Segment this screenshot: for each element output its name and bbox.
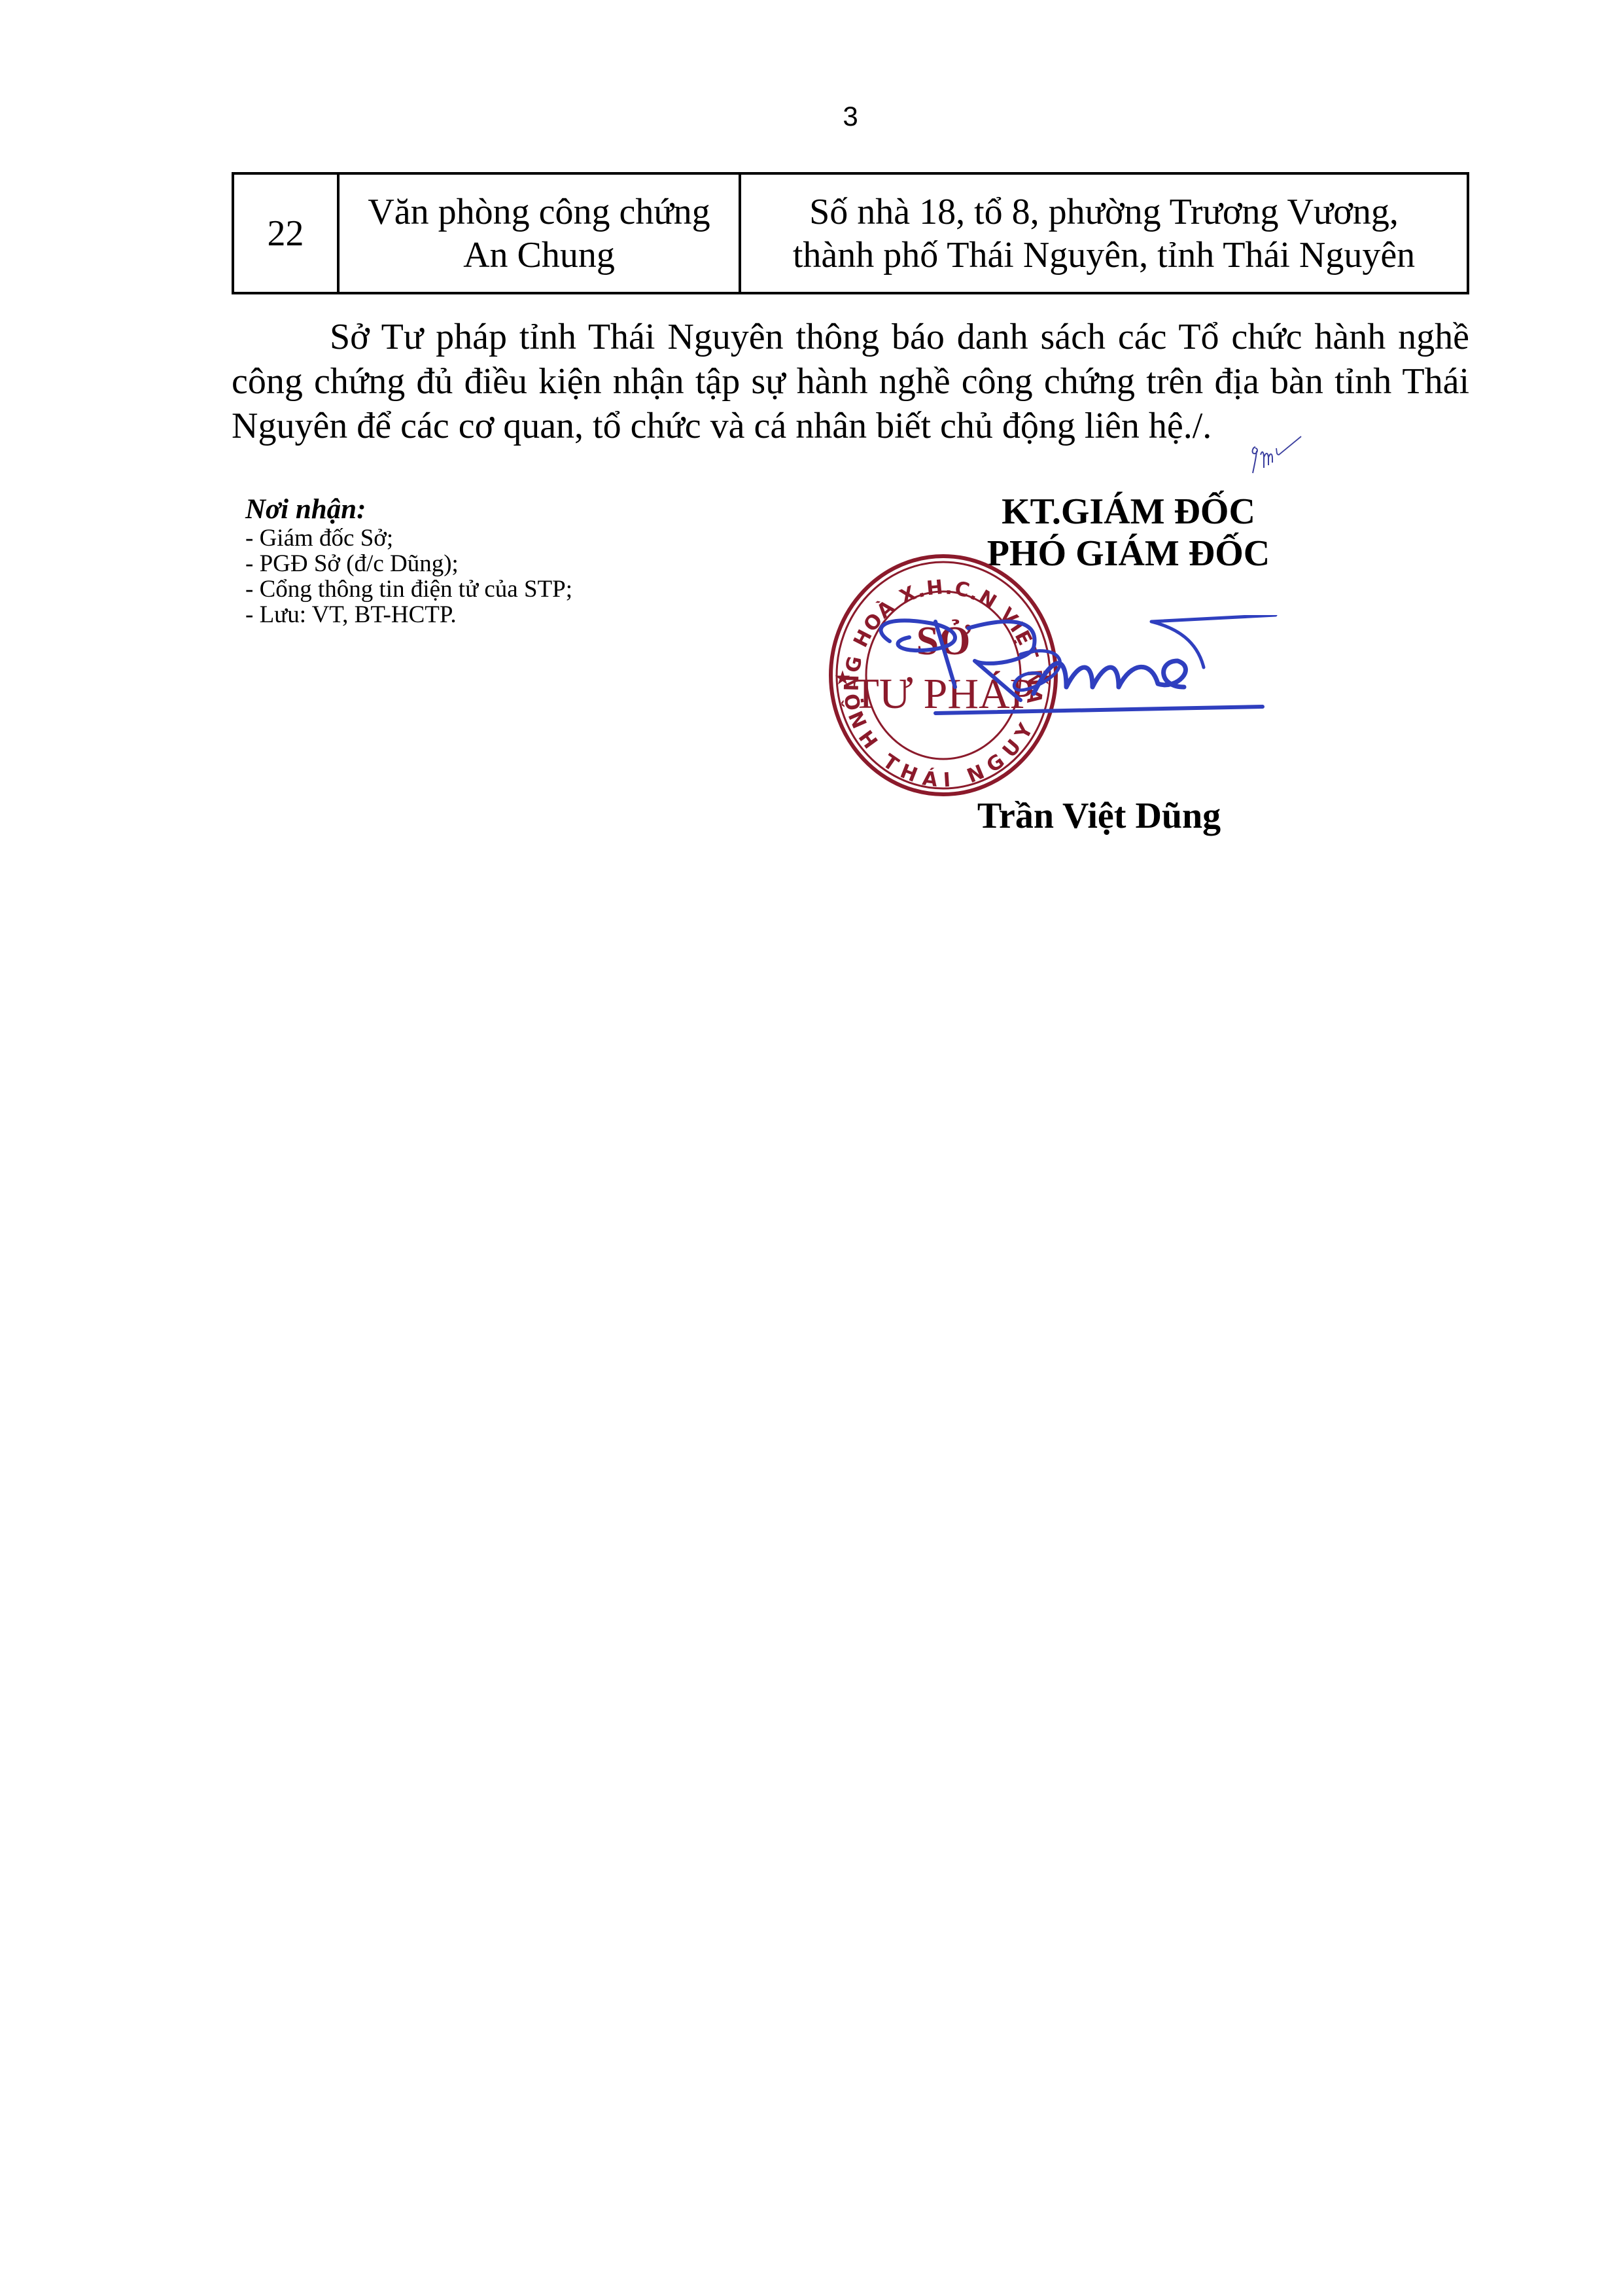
table-row: 22 Văn phòng công chứng An Chung Số nhà … — [233, 173, 1468, 293]
org-name-cell: Văn phòng công chứng An Chung — [338, 173, 740, 293]
handwritten-signature-icon — [870, 615, 1289, 726]
recipient-item: - Lưu: VT, BT-HCTP. — [245, 602, 703, 627]
org-address-line: Số nhà 18, tổ 8, phường Trương Vương, — [748, 190, 1460, 234]
recipients-title: Nơi nhận: — [245, 494, 703, 525]
recipients-block: Nơi nhận: - Giám đốc Sở; - PGĐ Sở (đ/c D… — [245, 494, 703, 627]
org-name-line: An Chung — [346, 234, 732, 277]
recipient-item: - Cổng thông tin điện tử của STP; — [245, 576, 703, 602]
paragraph-line: Sở Tư pháp tỉnh Thái Nguyên thông báo da… — [232, 315, 1469, 359]
org-address-line: thành phố Thái Nguyên, tỉnh Thái Nguyên — [748, 234, 1460, 277]
svg-text:★: ★ — [834, 667, 852, 690]
org-name-line: Văn phòng công chứng — [346, 190, 732, 234]
recipient-item: - PGĐ Sở (đ/c Dũng); — [245, 551, 703, 576]
notary-org-table: 22 Văn phòng công chứng An Chung Số nhà … — [232, 172, 1469, 294]
page-number: 3 — [785, 98, 916, 135]
paragraph-line: công chứng đủ điều kiện nhận tập sự hành… — [232, 359, 1469, 404]
signer-name: Trần Việt Dũng — [942, 793, 1256, 839]
org-address-cell: Số nhà 18, tổ 8, phường Trương Vương, th… — [740, 173, 1468, 293]
recipient-item: - Giám đốc Sở; — [245, 525, 703, 551]
handwritten-initials-icon — [1246, 429, 1305, 478]
signatory-role-line1: KT.GIÁM ĐỐC — [850, 491, 1406, 533]
row-number-cell: 22 — [233, 173, 338, 293]
